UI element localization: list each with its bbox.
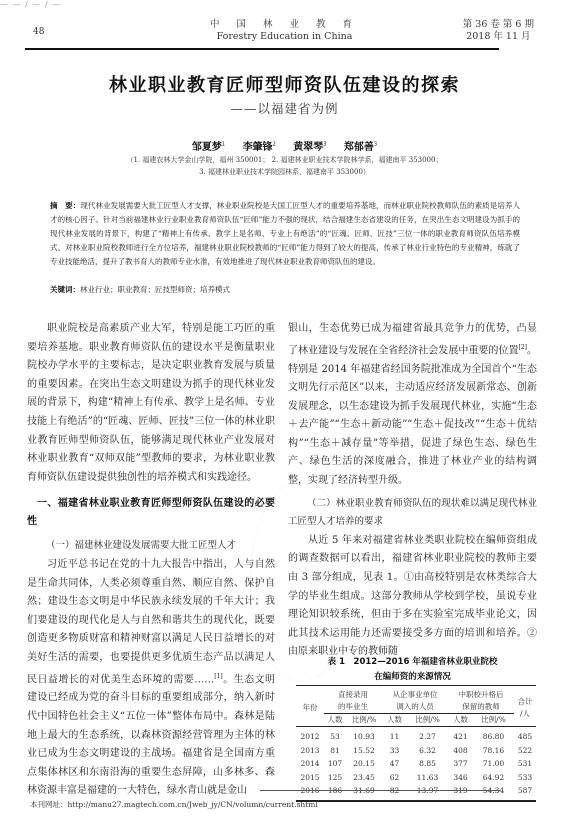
cell: 107 bbox=[324, 757, 346, 771]
journal-url[interactable]: 本刊网址：http://manu27.magtech.com.cn/Jweb_j… bbox=[30, 799, 318, 810]
subheader-count: 人数 bbox=[448, 714, 473, 727]
cell: 71.00 bbox=[473, 757, 514, 771]
cell-total: 587 bbox=[514, 784, 536, 801]
cell: 23.45 bbox=[346, 771, 382, 785]
col-header-enterprise: 从企事业单位调入的人员 bbox=[382, 686, 448, 714]
cell-year: 2015 bbox=[296, 771, 324, 785]
affiliation-line: （1. 福建农林大学金山学院，福州 350001； 2. 福建林业职业技术学院林… bbox=[0, 155, 569, 166]
cell: 81 bbox=[324, 744, 346, 758]
author-affil-mark: 3 bbox=[374, 142, 377, 148]
cell: 31.69 bbox=[346, 784, 382, 801]
abstract-label: 摘 要： bbox=[50, 201, 80, 210]
author-name: 郑郁善 bbox=[344, 142, 374, 153]
cell-year: 2012 bbox=[296, 727, 324, 744]
cell: 125 bbox=[324, 771, 346, 785]
cell: 20.15 bbox=[346, 757, 382, 771]
article-title: 林业职业教育匠师型师资队伍建设的探索 bbox=[0, 71, 569, 97]
intro-paragraph: 职业院校是高素质产业大军，特别是能工巧匠的重要培养基地。职业教育师资队伍的建设水… bbox=[27, 320, 275, 487]
paragraph-text: 。生态文明建设已经成为党的奋斗目标的重要组成部分，纳入新时代中国特色社会主义“五… bbox=[27, 674, 275, 797]
top-corner-mark: — — / — / — bbox=[0, 0, 61, 9]
table-caption: 表 1 2012—2016 年福建省林业职业院校 bbox=[288, 655, 537, 667]
cell: 8.85 bbox=[407, 757, 448, 771]
cell: 62 bbox=[382, 771, 407, 785]
cell: 6.32 bbox=[407, 744, 448, 758]
paragraph-text: 银山，生态优势已成为福建省最具竞争力的优势，凸显了林业建设与发展在全省经济社会发… bbox=[288, 323, 537, 356]
table-row: 2012 53 10.93 11 2.27 421 86.80 485 bbox=[296, 727, 536, 744]
cell: 86.80 bbox=[473, 727, 514, 744]
keywords-text: 林业行业；职业教育；匠技型师资；培养模式 bbox=[80, 285, 230, 294]
table-row: 2015 125 23.45 62 11.63 346 64.92 533 bbox=[296, 771, 536, 785]
cell: 186 bbox=[324, 784, 346, 801]
cell: 15.52 bbox=[346, 744, 382, 758]
cell-total: 531 bbox=[514, 757, 536, 771]
cell: 346 bbox=[448, 771, 473, 785]
header-rule bbox=[25, 48, 499, 50]
cell: 319 bbox=[448, 784, 473, 801]
cell: 10.93 bbox=[346, 727, 382, 744]
subheader-ratio: 比例/% bbox=[407, 714, 448, 727]
author: 李肇锋2 bbox=[243, 142, 276, 153]
author: 郑郁善3 bbox=[344, 142, 377, 153]
paragraph-text: 。特别是 2014 年福建省经国务院批准成为全国首个“生态文明先行示范区”以来，… bbox=[288, 345, 537, 486]
right-column: 银山，生态优势已成为福建省最具竞争力的优势，凸显了林业建设与发展在全省经济社会发… bbox=[288, 320, 537, 662]
cell-total: 533 bbox=[514, 771, 536, 785]
section-heading-1: 一、福建省林业职业教育匠师型师资队伍建设的必要性 bbox=[27, 495, 275, 531]
cell-total: 522 bbox=[514, 744, 536, 758]
cell: 421 bbox=[448, 727, 473, 744]
col-header-year: 年份 bbox=[296, 686, 324, 727]
author-name: 黄翠琴 bbox=[293, 142, 323, 153]
author-affil-mark: 3 bbox=[323, 142, 326, 148]
cell: 54.34 bbox=[473, 784, 514, 801]
author-name: 李肇锋 bbox=[243, 142, 273, 153]
body-paragraph: 从近 5 年来对福建省林业类职业院校在编师资组成的调查数据可以看出，福建省林业职… bbox=[288, 532, 537, 662]
cell: 53 bbox=[324, 727, 346, 744]
left-column: 职业院校是高素质产业大军，特别是能工巧匠的重要培养基地。职业教育师资队伍的建设水… bbox=[27, 320, 275, 801]
col-header-graduates: 直接录用的毕业生 bbox=[324, 686, 382, 714]
source-table: 年份 直接录用的毕业生 从企事业单位调入的人员 中职校升格后保留的教师 合计/人… bbox=[296, 685, 536, 802]
cell: 33 bbox=[382, 744, 407, 758]
author: 黄翠琴3 bbox=[293, 142, 326, 153]
table-caption: 在编师资的来源情况 bbox=[288, 670, 537, 682]
author-name: 邹夏梦 bbox=[192, 142, 222, 153]
cell-year: 2014 bbox=[296, 757, 324, 771]
table-row: 2013 81 15.52 33 6.32 408 78.16 522 bbox=[296, 744, 536, 758]
abstract-text: 现代林业发展需要大批工匠型人才支撑，林业职业院校是大国工匠型人才的重要培养基地，… bbox=[50, 201, 520, 266]
abstract: 摘 要：现代林业发展需要大批工匠型人才支撑，林业职业院校是大国工匠型人才的重要培… bbox=[50, 199, 520, 269]
cell: 47 bbox=[382, 757, 407, 771]
cell: 13.97 bbox=[407, 784, 448, 801]
volume-issue: 第 36 卷 第 6 期 bbox=[463, 19, 534, 31]
cell: 408 bbox=[448, 744, 473, 758]
subheader-count: 人数 bbox=[324, 714, 346, 727]
issue-info: 第 36 卷 第 6 期 2018 年 11 月 bbox=[463, 19, 534, 43]
keywords: 关键词：林业行业；职业教育；匠技型师资；培养模式 bbox=[50, 284, 230, 295]
cell: 82 bbox=[382, 784, 407, 801]
cell-year: 2013 bbox=[296, 744, 324, 758]
body-paragraph: 习近平总书记在党的十九大报告中指出，人与自然是生命共同体，人类必须尊重自然、顺应… bbox=[27, 556, 275, 801]
cell: 2.27 bbox=[407, 727, 448, 744]
keywords-label: 关键词： bbox=[50, 285, 80, 294]
cell: 78.16 bbox=[473, 744, 514, 758]
table-row: 2016 186 31.69 82 13.97 319 54.34 587 bbox=[296, 784, 536, 801]
cell: 64.92 bbox=[473, 771, 514, 785]
footer-rule bbox=[260, 790, 500, 791]
subheader-ratio: 比例/% bbox=[473, 714, 514, 727]
cell-total: 485 bbox=[514, 727, 536, 744]
author: 邹夏梦1 bbox=[192, 142, 225, 153]
author-list: 邹夏梦1 李肇锋2 黄翠琴3 郑郁善3 bbox=[0, 138, 569, 153]
subheader-count: 人数 bbox=[382, 714, 407, 727]
col-header-total: 合计/人 bbox=[514, 686, 536, 727]
body-paragraph: 银山，生态优势已成为福建省最具竞争力的优势，凸显了林业建设与发展在全省经济社会发… bbox=[288, 320, 537, 491]
article-subtitle: ——以福建省为例 bbox=[0, 99, 569, 117]
cell: 11.63 bbox=[407, 771, 448, 785]
citation-ref[interactable]: [1] bbox=[214, 673, 223, 680]
paragraph-text: 习近平总书记在党的十九大报告中指出，人与自然是生命共同体，人类必须尊重自然、顺应… bbox=[27, 559, 275, 685]
cell: 377 bbox=[448, 757, 473, 771]
col-header-vocational: 中职校升格后保留的教师 bbox=[448, 686, 514, 714]
subsection-heading-2: （二）林业职业教育师资队伍的现状难以满足现代林业工匠型人才培养的要求 bbox=[288, 495, 537, 532]
cell: 11 bbox=[382, 727, 407, 744]
issue-date: 2018 年 11 月 bbox=[463, 31, 534, 43]
affiliation-line: 3. 福建林业职业技术学院园林系，福建南平 353000） bbox=[0, 167, 569, 178]
citation-ref[interactable]: [2] bbox=[518, 344, 527, 351]
table-row: 2014 107 20.15 47 8.85 377 71.00 531 bbox=[296, 757, 536, 771]
author-affil-mark: 2 bbox=[273, 142, 276, 148]
author-affil-mark: 1 bbox=[222, 142, 225, 148]
subsection-heading-1: （一）福建林业建设发展需要大批工匠型人才 bbox=[27, 537, 275, 556]
subheader-ratio: 比例/% bbox=[346, 714, 382, 727]
